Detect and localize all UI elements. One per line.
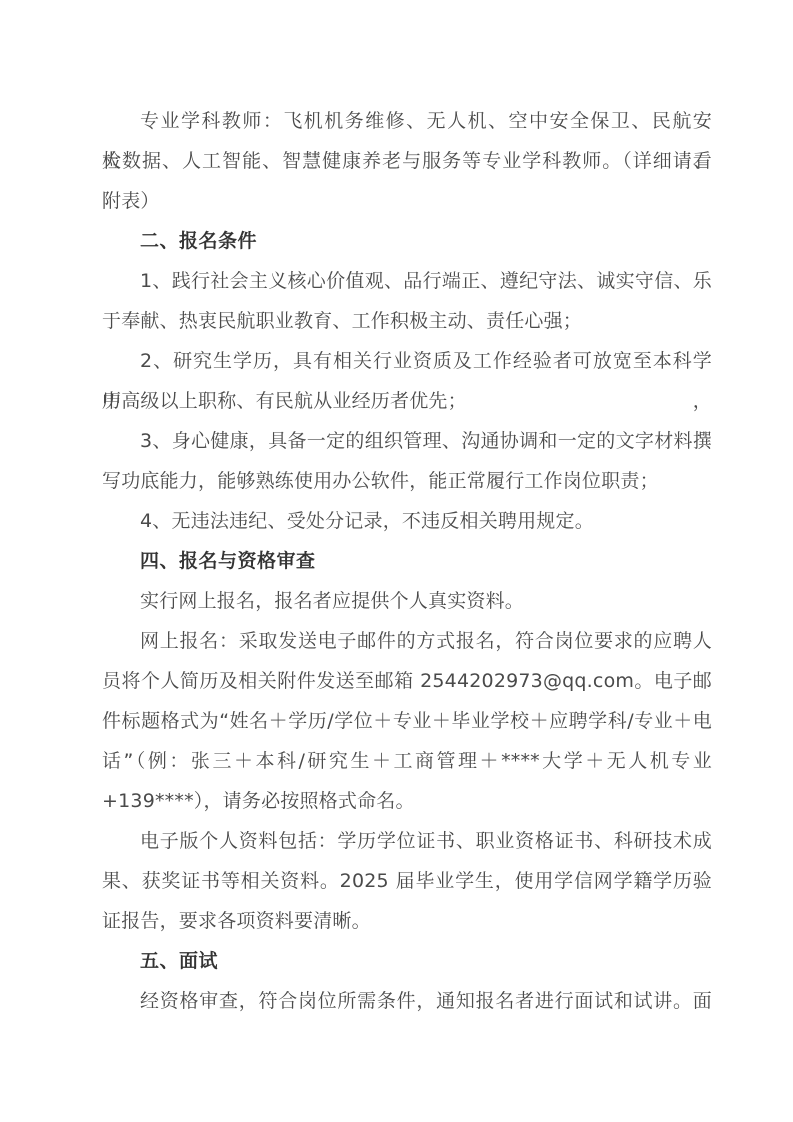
paragraph: 经资格审查，符合岗位所需条件，通知报名者进行面试和试讲。面: [102, 981, 712, 1021]
paragraph: 实行网上报名，报名者应提供个人真实资料。: [102, 581, 712, 621]
text-line: 1、践行社会主义核心价值观、品行端正、遵纪守法、诚实守信、乐: [102, 261, 712, 301]
section-heading: 五、面试: [102, 941, 712, 981]
text-line: 果、获奖证书等相关资料。2025 届毕业学生，使用学信网学籍学历验: [102, 861, 712, 901]
text-line: 证报告，要求各项资料要清晰。: [102, 901, 712, 941]
section-heading: 四、报名与资格审查: [102, 541, 712, 581]
document-page: 专业学科教师：飞机机务维修、无人机、空中安全保卫、民航安检、大数据、人工智能、智…: [0, 0, 793, 1122]
paragraph: 3、身心健康，具备一定的组织管理、沟通协调和一定的文字材料撰写功底能力，能够熟练…: [102, 421, 712, 501]
paragraph: 4、无违法违纪、受处分记录，不违反相关聘用规定。: [102, 501, 712, 541]
text-line: 网上报名：采取发送电子邮件的方式报名，符合岗位要求的应聘人: [102, 621, 712, 661]
paragraph: 2、研究生学历，具有相关行业资质及工作经验者可放宽至本科学历，中高级以上职称、有…: [102, 341, 712, 421]
text-line: 于奉献、热衷民航职业教育、工作积极主动、责任心强；: [102, 301, 712, 341]
text-line: 2、研究生学历，具有相关行业资质及工作经验者可放宽至本科学历，: [102, 341, 712, 381]
text-line: 大数据、人工智能、智慧健康养老与服务等专业学科教师。（详细请看: [102, 141, 712, 181]
text-line: 写功底能力，能够熟练使用办公软件，能正常履行工作岗位职责；: [102, 461, 712, 501]
text-line: +139****），请务必按照格式命名。: [102, 781, 712, 821]
paragraph: 专业学科教师：飞机机务维修、无人机、空中安全保卫、民航安检、大数据、人工智能、智…: [102, 101, 712, 221]
document-body: 专业学科教师：飞机机务维修、无人机、空中安全保卫、民航安检、大数据、人工智能、智…: [102, 101, 712, 1021]
heading-line: 二、报名条件: [102, 221, 712, 261]
text-line: 4、无违法违纪、受处分记录，不违反相关聘用规定。: [102, 501, 712, 541]
paragraph: 1、践行社会主义核心价值观、品行端正、遵纪守法、诚实守信、乐于奉献、热衷民航职业…: [102, 261, 712, 341]
text-line: 附表）: [102, 181, 712, 221]
text-line: 3、身心健康，具备一定的组织管理、沟通协调和一定的文字材料撰: [102, 421, 712, 461]
text-line: 专业学科教师：飞机机务维修、无人机、空中安全保卫、民航安检、: [102, 101, 712, 141]
text-line: 电子版个人资料包括：学历学位证书、职业资格证书、科研技术成: [102, 821, 712, 861]
text-line: 员将个人简历及相关附件发送至邮箱 2544202973@qq.com。电子邮: [102, 661, 712, 701]
heading-line: 五、面试: [102, 941, 712, 981]
text-line: 话”（例：张三＋本科/研究生＋工商管理＋****大学＋无人机专业: [102, 741, 712, 781]
text-line: 经资格审查，符合岗位所需条件，通知报名者进行面试和试讲。面: [102, 981, 712, 1021]
text-line: 实行网上报名，报名者应提供个人真实资料。: [102, 581, 712, 621]
section-heading: 二、报名条件: [102, 221, 712, 261]
text-line: 件标题格式为“姓名＋学历/学位＋专业＋毕业学校＋应聘学科/专业＋电: [102, 701, 712, 741]
heading-line: 四、报名与资格审查: [102, 541, 712, 581]
paragraph: 网上报名：采取发送电子邮件的方式报名，符合岗位要求的应聘人员将个人简历及相关附件…: [102, 621, 712, 821]
paragraph: 电子版个人资料包括：学历学位证书、职业资格证书、科研技术成果、获奖证书等相关资料…: [102, 821, 712, 941]
